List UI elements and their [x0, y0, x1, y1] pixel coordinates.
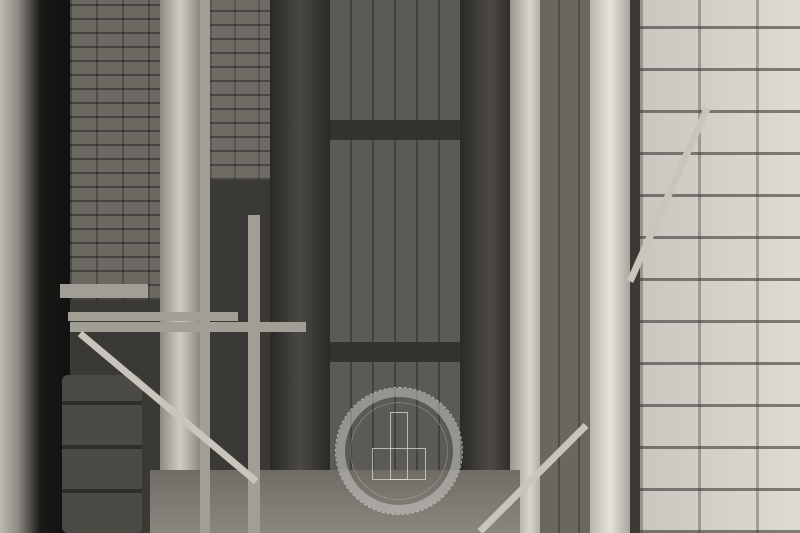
door-crossbar	[330, 342, 470, 362]
building-emblem-icon	[372, 412, 424, 478]
stone-wall-right	[640, 0, 800, 533]
barrel	[62, 375, 142, 533]
scaffold-pole	[200, 0, 210, 533]
brick-wall-left	[70, 0, 160, 300]
watermark-seal	[335, 387, 463, 515]
scaffold-pole	[248, 215, 260, 533]
timber-post	[160, 0, 200, 533]
timber-post	[590, 0, 630, 533]
photograph	[0, 0, 800, 533]
scaffold-bar	[70, 322, 306, 332]
scaffold-bar	[68, 312, 238, 321]
dark-beam	[270, 0, 330, 533]
left-pole	[0, 0, 70, 533]
scaffold-plank	[60, 284, 148, 298]
door-crossbar	[330, 120, 470, 140]
